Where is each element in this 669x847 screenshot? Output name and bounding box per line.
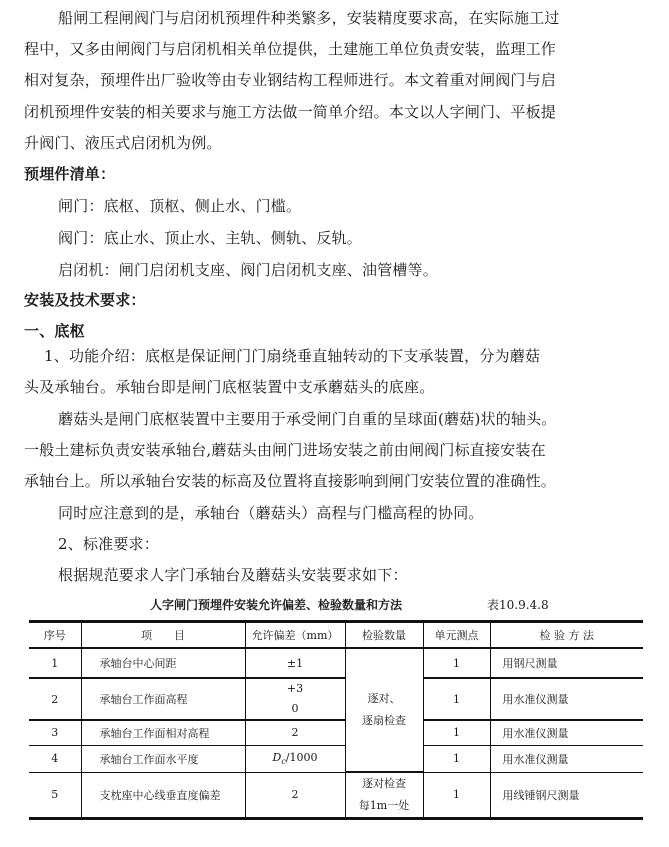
cell-quantity: 逐对检查 每1m一处 (345, 772, 423, 819)
cell-no: 3 (29, 720, 81, 745)
section-heading-bottom-pivot: 一、底枢 (24, 321, 85, 341)
para4-standard-requirements: 2、标准要求： (58, 534, 159, 554)
table-row: 1 承轴台中心间距 ±1 逐对、 逐扇检查 1 用钢尺测量 (29, 648, 643, 678)
cell-method: 用水准仪测量 (490, 678, 643, 720)
embedded-item-hoist: 启闭机：闸门启闭机支座、阀门启闭机支座、油管槽等。 (58, 260, 438, 280)
cell-no: 5 (29, 772, 81, 819)
cell-no: 2 (29, 678, 81, 720)
quantity-line-2: 逐扇检查 (346, 710, 423, 732)
intro-line-4: 闭机预埋件安装的相关要求与施工方法做一简单介绍。本文以人字闸门、平板提 (24, 102, 556, 122)
header-points: 单元测点 (423, 622, 490, 649)
cell-tolerance: 2 (245, 720, 345, 745)
tolerance-lower: 0 (246, 699, 345, 719)
header-no: 序号 (29, 622, 81, 649)
cell-item: 承轴台工作面高程 (81, 678, 245, 720)
cell-tolerance: +3 0 (245, 678, 345, 720)
cell-no: 1 (29, 648, 81, 678)
cell-method: 用水准仪测量 (490, 720, 643, 745)
cell-item: 承轴台中心间距 (81, 648, 245, 678)
para2-line-2: 一般土建标负责安装承轴台,蘑菇头由闸门进场安装之前由闸阀门标直接安装在 (24, 440, 546, 460)
embedded-item-gate: 闸门：底枢、顶枢、侧止水、门槛。 (58, 196, 301, 216)
cell-method: 用钢尺测量 (490, 648, 643, 678)
intro-line-3: 相对复杂，预埋件出厂验收等由专业钢结构工程师进行。本文着重对闸阀门与启 (24, 70, 556, 90)
cell-method: 用水准仪测量 (490, 745, 643, 772)
table-row: 2 承轴台工作面高程 +3 0 1 用水准仪测量 (29, 678, 643, 720)
header-item: 项 目 (81, 622, 245, 649)
cell-points: 1 (423, 772, 490, 819)
install-heading: 安装及技术要求： (24, 290, 146, 310)
tolerance-upper: +3 (246, 679, 345, 699)
header-tolerance: 允许偏差（mm） (245, 622, 345, 649)
cell-method: 用线锤钢尺测量 (490, 772, 643, 819)
para3: 同时应注意到的是，承轴台（蘑菇头）高程与门槛高程的协同。 (58, 503, 484, 523)
table-header-row: 序号 项 目 允许偏差（mm） 检验数量 单元测点 检 验 方 法 (29, 622, 643, 649)
intro-line-5: 升阀门、液压式启闭机为例。 (24, 133, 222, 153)
header-method: 检 验 方 法 (490, 622, 643, 649)
cell-quantity-group: 逐对、 逐扇检查 (345, 648, 423, 772)
intro-line-2: 程中，又多由闸阀门与启闭机相关单位提供，土建施工单位负责安装，监理工作 (24, 39, 556, 59)
table-caption: 人字闸门预埋件安装允许偏差、检验数量和方法 (150, 596, 402, 614)
cell-points: 1 (423, 648, 490, 678)
header-quantity: 检验数量 (345, 622, 423, 649)
para1-line-2: 头及承轴台。承轴台即是闸门底枢装置中支承蘑菇头的底座。 (24, 377, 434, 397)
cell-no: 4 (29, 745, 81, 772)
cell-item: 承轴台工作面相对高程 (81, 720, 245, 745)
quantity-line-2: 每1m一处 (346, 795, 423, 817)
embedded-list-heading: 预埋件清单： (24, 164, 115, 184)
cell-tolerance: Dc/1000 (245, 745, 345, 772)
cell-points: 1 (423, 678, 490, 720)
para5: 根据规范要求人字门承轴台及蘑菇头安装要求如下： (58, 565, 408, 585)
embedded-item-valve: 阀门：底止水、顶止水、主轨、侧轨、反轨。 (58, 228, 362, 248)
cell-tolerance: ±1 (245, 648, 345, 678)
intro-line-1: 船闸工程闸阀门与启闭机预埋件种类繁多，安装精度要求高，在实际施工过 (58, 8, 560, 28)
para2-line-1: 蘑菇头是闸门底枢装置中主要用于承受闸门自重的呈球面(蘑菇)状的轴头。 (58, 409, 557, 429)
cell-item: 承轴台工作面水平度 (81, 745, 245, 772)
table-row: 5 支枕座中心线垂直度偏差 2 逐对检查 每1m一处 1 用线锤钢尺测量 (29, 772, 643, 819)
quantity-line-1: 逐对、 (346, 688, 423, 710)
tolerance-variable: D (272, 751, 281, 764)
tolerance-table: 序号 项 目 允许偏差（mm） 检验数量 单元测点 检 验 方 法 1 承轴台中… (29, 620, 643, 820)
para2-line-3: 承轴台上。所以承轴台安装的标高及位置将直接影响到闸门安装位置的准确性。 (24, 471, 556, 491)
cell-points: 1 (423, 720, 490, 745)
cell-item: 支枕座中心线垂直度偏差 (81, 772, 245, 819)
para1-line-1: 1、功能介绍：底枢是保证闸门门扇绕垂直轴转动的下支承装置，分为蘑菇 (44, 346, 540, 366)
tolerance-rest: /1000 (286, 751, 318, 764)
table-row: 3 承轴台工作面相对高程 2 1 用水准仪测量 (29, 720, 643, 745)
cell-tolerance: 2 (245, 772, 345, 819)
cell-points: 1 (423, 745, 490, 772)
table-row: 4 承轴台工作面水平度 Dc/1000 1 用水准仪测量 (29, 745, 643, 772)
table-number: 表10.9.4.8 (487, 596, 549, 614)
quantity-line-1: 逐对检查 (346, 773, 423, 795)
